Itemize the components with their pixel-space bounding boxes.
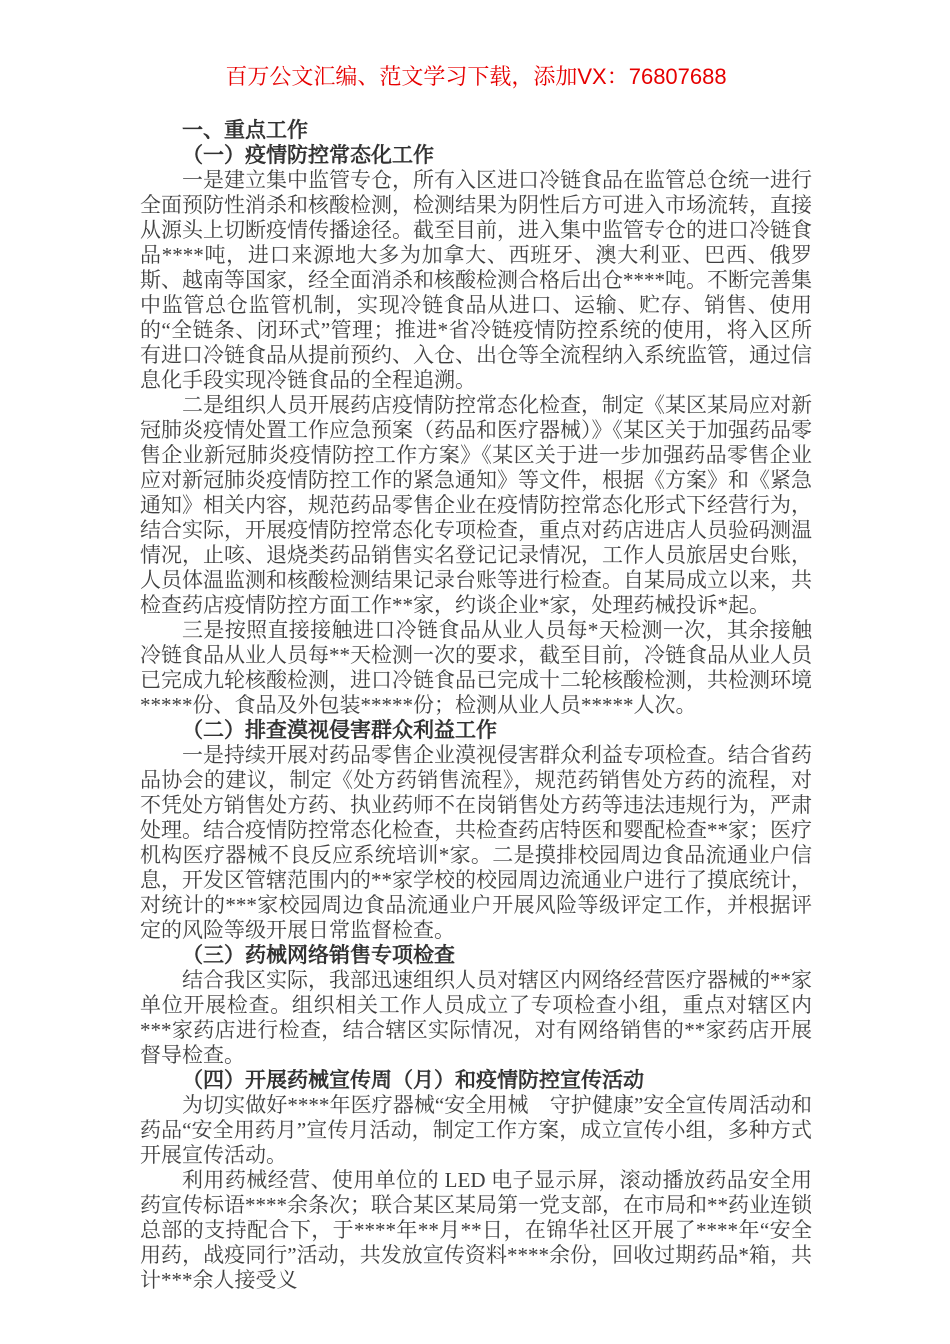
document-body: 一、重点工作（一）疫情防控常态化工作一是建立集中监管专仓，所有入区进口冷链食品在… xyxy=(140,118,812,1293)
body-paragraph: 二是组织人员开展药店疫情防控常态化检查，制定《某区某局应对新冠肺炎疫情处置工作应… xyxy=(140,393,812,618)
section-heading: （一）疫情防控常态化工作 xyxy=(140,143,812,168)
section-heading: （三）药械网络销售专项检查 xyxy=(140,943,812,968)
document-page: 百万公文汇编、范文学习下载，添加VX：76807688 一、重点工作（一）疫情防… xyxy=(0,0,950,1344)
promo-header-text: 百万公文汇编、范文学习下载，添加VX：76807688 xyxy=(140,62,812,92)
section-heading: 一、重点工作 xyxy=(140,118,812,143)
section-heading: （二）排查漠视侵害群众利益工作 xyxy=(140,718,812,743)
body-paragraph: 为切实做好****年医疗器械“安全用械 守护健康”安全宣传周活动和药品“安全用药… xyxy=(140,1093,812,1168)
body-paragraph: 三是按照直接接触进口冷链食品从业人员每*天检测一次，其余接触冷链食品从业人员每*… xyxy=(140,618,812,718)
section-heading: （四）开展药械宣传周（月）和疫情防控宣传活动 xyxy=(140,1068,812,1093)
body-paragraph: 一是建立集中监管专仓，所有入区进口冷链食品在监管总仓统一进行全面预防性消杀和核酸… xyxy=(140,168,812,393)
body-paragraph: 结合我区实际，我部迅速组织人员对辖区内网络经营医疗器械的**家单位开展检查。组织… xyxy=(140,968,812,1068)
body-paragraph: 一是持续开展对药品零售企业漠视侵害群众利益专项检查。结合省药品协会的建议，制定《… xyxy=(140,743,812,943)
body-paragraph: 利用药械经营、使用单位的 LED 电子显示屏，滚动播放药品安全用药宣传标语***… xyxy=(140,1168,812,1293)
